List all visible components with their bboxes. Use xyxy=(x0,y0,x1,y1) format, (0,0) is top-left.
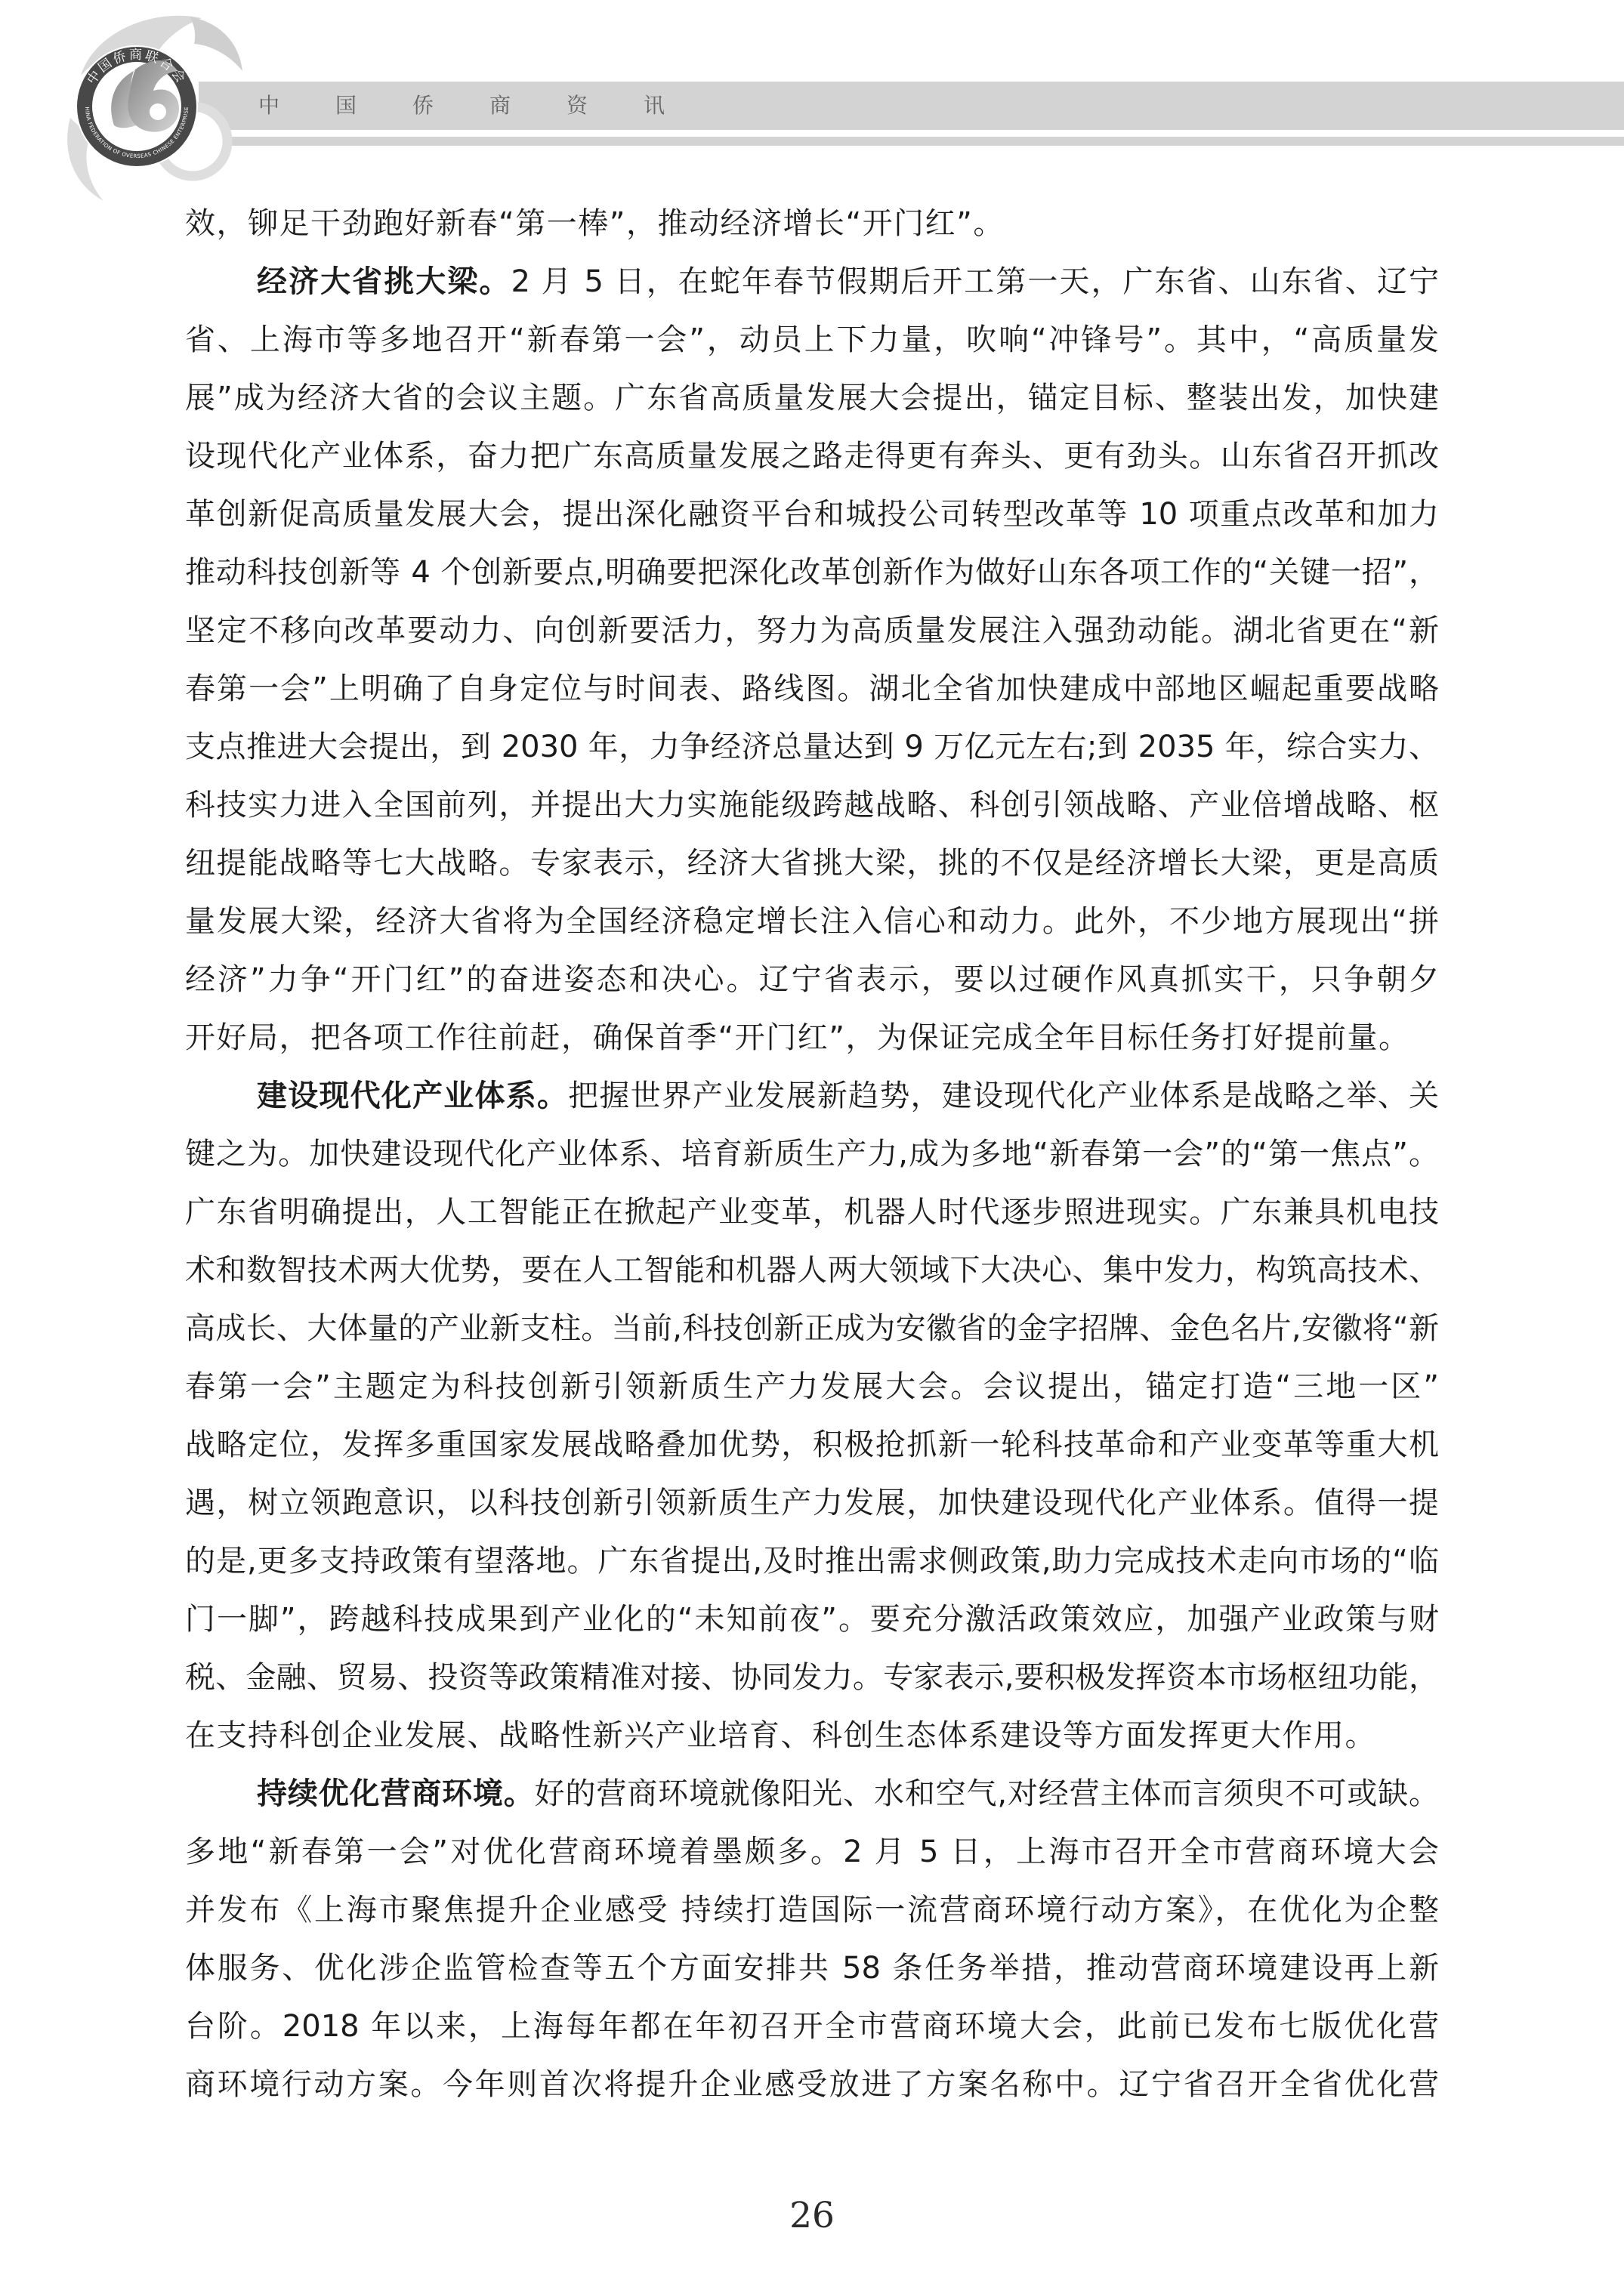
org-logo-graphic: 中国侨商联合会 CHINA FEDERATION OF OVERSEAS CHI… xyxy=(42,6,268,225)
line-text: 并发布《上海市聚焦提升企业感受 持续打造国际一流营商环境行动方案》，在优化为企整 xyxy=(185,1893,1439,1927)
line-text: 坚定不移向改革要动力、向创新要活力，努力为高质量发展注入强劲动能。湖北省更在“新 xyxy=(185,613,1439,648)
body-line: 支点推进大会提出，到 2030 年，力争经济总量达到 9 万亿元左右;到 203… xyxy=(185,718,1439,776)
body-line: 推动科技创新等 4 个创新要点,明确要把深化改革创新作为做好山东各项工作的“关键… xyxy=(185,544,1439,602)
body-line: 开好局，把各项工作往前赶，确保首季“开门红”，为保证完成全年目标任务打好提前量。 xyxy=(185,1009,1439,1067)
body-line: 税、金融、贸易、投资等政策精准对接、协同发力。专家表示,要积极发挥资本市场枢纽功… xyxy=(185,1649,1439,1707)
body-line: 术和数智技术两大优势，要在人工智能和机器人两大领域下大决心、集中发力，构筑高技术… xyxy=(185,1242,1439,1300)
body-line: 坚定不移向改革要动力、向创新要活力，努力为高质量发展注入强劲动能。湖北省更在“新 xyxy=(185,602,1439,660)
body-line: 门一脚”，跨越科技成果到产业化的“未知前夜”。要充分激活政策效应，加强产业政策与… xyxy=(185,1591,1439,1649)
line-text: 纽提能战略等七大战略。专家表示，经济大省挑大梁，挑的不仅是经济增长大梁，更是高质 xyxy=(185,846,1439,881)
line-text: 经济”力争“开门红”的奋进姿态和决心。辽宁省表示，要以过硬作风真抓实干，只争朝夕 xyxy=(185,962,1439,997)
line-text: 税、金融、贸易、投资等政策精准对接、协同发力。专家表示,要积极发挥资本市场枢纽功… xyxy=(185,1660,1439,1695)
line-text: 革创新促高质量发展大会，提出深化融资平台和城投公司转型改革等 10 项重点改革和… xyxy=(185,497,1439,532)
body-line: 展”成为经济大省的会议主题。广东省高质量发展大会提出，锚定目标、整装出发，加快建 xyxy=(185,369,1439,427)
line-text: 在支持科创企业发展、战略性新兴产业培育、科创生态体系建设等方面发挥更大作用。 xyxy=(185,1718,1376,1753)
paragraph-lead: 建设现代化产业体系。 xyxy=(257,1079,568,1113)
body-line: 纽提能战略等七大战略。专家表示，经济大省挑大梁，挑的不仅是经济增长大梁，更是高质 xyxy=(185,835,1439,893)
line-text: 设现代化产业体系，奋力把广东高质量发展之路走得更有奔头、更有劲头。山东省召开抓改 xyxy=(185,439,1439,474)
line-text: 把握世界产业发展新趋势，建设现代化产业体系是战略之举、关 xyxy=(568,1079,1439,1113)
page-number: 26 xyxy=(0,2195,1624,2236)
line-text: 门一脚”，跨越科技成果到产业化的“未知前夜”。要充分激活政策效应，加强产业政策与… xyxy=(185,1602,1439,1637)
body-line: 科技实力进入全国前列，并提出大力实施能级跨越战略、科创引领战略、产业倍增战略、枢 xyxy=(185,776,1439,835)
paragraph-lead: 持续优化营商环境。 xyxy=(257,1776,535,1811)
header-stripe xyxy=(199,137,1624,146)
body-line: 的是,更多支持政策有望落地。广东省提出,及时推出需求侧政策,助力完成技术走向市场… xyxy=(185,1532,1439,1591)
body-line: 商环境行动方案。今年则首次将提升企业感受放进了方案名称中。辽宁省召开全省优化营 xyxy=(185,2056,1439,2114)
org-logo: 中国侨商联合会 CHINA FEDERATION OF OVERSEAS CHI… xyxy=(42,6,268,225)
body-line: 并发布《上海市聚焦提升企业感受 持续打造国际一流营商环境行动方案》，在优化为企整 xyxy=(185,1881,1439,1940)
line-text: 商环境行动方案。今年则首次将提升企业感受放进了方案名称中。辽宁省召开全省优化营 xyxy=(185,2067,1439,2102)
logo-swoosh-right xyxy=(190,17,242,71)
line-text: 多地“新春第一会”对优化营商环境着墨颇多。2 月 5 日，上海市召开全市营商环境… xyxy=(185,1835,1439,1869)
body-line: 效，铆足干劲跑好新春“第一棒”，推动经济增长“开门红”。 xyxy=(185,195,1439,253)
line-text: 支点推进大会提出，到 2030 年，力争经济总量达到 9 万亿元左右;到 203… xyxy=(185,730,1439,764)
body-line: 革创新促高质量发展大会，提出深化融资平台和城投公司转型改革等 10 项重点改革和… xyxy=(185,486,1439,544)
header-title: 中国侨商资讯 xyxy=(258,82,721,130)
body-line: 量发展大梁，经济大省将为全国经济稳定增长注入信心和动力。此外，不少地方展现出“拼 xyxy=(185,893,1439,951)
line-text: 遇，树立领跑意识，以科技创新引领新质生产力发展，加快建设现代化产业体系。值得一提 xyxy=(185,1486,1439,1520)
line-text: 效，铆足干劲跑好新春“第一棒”，推动经济增长“开门红”。 xyxy=(185,206,1005,241)
line-text: 广东省明确提出，人工智能正在掀起产业变革，机器人时代逐步照进现实。广东兼具机电技 xyxy=(185,1195,1439,1230)
line-text: 开好局，把各项工作往前赶，确保首季“开门红”，为保证完成全年目标任务打好提前量。 xyxy=(185,1020,1409,1055)
line-text: 春第一会”上明确了自身定位与时间表、路线图。湖北全省加快建成中部地区崛起重要战略 xyxy=(185,671,1439,706)
body-line: 设现代化产业体系，奋力把广东高质量发展之路走得更有奔头、更有劲头。山东省召开抓改 xyxy=(185,427,1439,486)
line-text: 2 月 5 日，在蛇年春节假期后开工第一天，广东省、山东省、辽宁 xyxy=(511,264,1439,299)
body-line: 经济”力争“开门红”的奋进姿态和决心。辽宁省表示，要以过硬作风真抓实干，只争朝夕 xyxy=(185,951,1439,1009)
line-text: 推动科技创新等 4 个创新要点,明确要把深化改革创新作为做好山东各项工作的“关键… xyxy=(185,555,1439,590)
body-line: 持续优化营商环境。好的营商环境就像阳光、水和空气,对经营主体而言须臾不可或缺。 xyxy=(185,1765,1439,1823)
body-line: 多地“新春第一会”对优化营商环境着墨颇多。2 月 5 日，上海市召开全市营商环境… xyxy=(185,1823,1439,1881)
body-line: 在支持科创企业发展、战略性新兴产业培育、科创生态体系建设等方面发挥更大作用。 xyxy=(185,1707,1439,1765)
line-text: 键之为。加快建设现代化产业体系、培育新质生产力,成为多地“新春第一会”的“第一焦… xyxy=(185,1137,1439,1171)
line-text: 高成长、大体量的产业新支柱。当前,科技创新正成为安徽省的金字招牌、金色名片,安徽… xyxy=(185,1311,1439,1346)
body-line: 广东省明确提出，人工智能正在掀起产业变革，机器人时代逐步照进现实。广东兼具机电技 xyxy=(185,1184,1439,1242)
body-line: 建设现代化产业体系。把握世界产业发展新趋势，建设现代化产业体系是战略之举、关 xyxy=(185,1067,1439,1125)
line-text: 好的营商环境就像阳光、水和空气,对经营主体而言须臾不可或缺。 xyxy=(535,1776,1439,1811)
line-text: 台阶。2018 年以来，上海每年都在年初召开全市营商环境大会，此前已发布七版优化… xyxy=(185,2009,1439,2044)
line-text: 战略定位，发挥多重国家发展战略叠加优势，积极抢抓新一轮科技革命和产业变革等重大机 xyxy=(185,1427,1439,1462)
body-line: 台阶。2018 年以来，上海每年都在年初召开全市营商环境大会，此前已发布七版优化… xyxy=(185,1998,1439,2056)
body-line: 遇，树立领跑意识，以科技创新引领新质生产力发展，加快建设现代化产业体系。值得一提 xyxy=(185,1474,1439,1532)
line-text: 术和数智技术两大优势，要在人工智能和机器人两大领域下大决心、集中发力，构筑高技术… xyxy=(185,1253,1439,1288)
article-body: 效，铆足干劲跑好新春“第一棒”，推动经济增长“开门红”。经济大省挑大梁。2 月 … xyxy=(185,195,1439,2114)
paragraph-lead: 经济大省挑大梁。 xyxy=(257,264,511,299)
line-text: 省、上海市等多地召开“新春第一会”，动员上下力量，吹响“冲锋号”。其中，“高质量… xyxy=(185,323,1439,357)
line-text: 的是,更多支持政策有望落地。广东省提出,及时推出需求侧政策,助力完成技术走向市场… xyxy=(185,1544,1439,1579)
line-text: 量发展大梁，经济大省将为全国经济稳定增长注入信心和动力。此外，不少地方展现出“拼 xyxy=(185,904,1439,939)
body-line: 春第一会”上明确了自身定位与时间表、路线图。湖北全省加快建成中部地区崛起重要战略 xyxy=(185,660,1439,718)
body-line: 战略定位，发挥多重国家发展战略叠加优势，积极抢抓新一轮科技革命和产业变革等重大机 xyxy=(185,1416,1439,1474)
line-text: 体服务、优化涉企监管检查等五个方面安排共 58 条任务举措，推动营商环境建设再上… xyxy=(185,1951,1439,1986)
body-line: 键之为。加快建设现代化产业体系、培育新质生产力,成为多地“新春第一会”的“第一焦… xyxy=(185,1125,1439,1184)
page: 中国侨商资讯 xyxy=(0,0,1624,2293)
line-text: 展”成为经济大省的会议主题。广东省高质量发展大会提出，锚定目标、整装出发，加快建 xyxy=(185,381,1439,415)
line-text: 春第一会”主题定为科技创新引领新质生产力发展大会。会议提出，锚定打造“三地一区” xyxy=(185,1369,1439,1404)
body-line: 经济大省挑大梁。2 月 5 日，在蛇年春节假期后开工第一天，广东省、山东省、辽宁 xyxy=(185,253,1439,311)
body-line: 省、上海市等多地召开“新春第一会”，动员上下力量，吹响“冲锋号”。其中，“高质量… xyxy=(185,311,1439,369)
body-line: 高成长、大体量的产业新支柱。当前,科技创新正成为安徽省的金字招牌、金色名片,安徽… xyxy=(185,1300,1439,1358)
body-line: 春第一会”主题定为科技创新引领新质生产力发展大会。会议提出，锚定打造“三地一区” xyxy=(185,1358,1439,1416)
body-line: 体服务、优化涉企监管检查等五个方面安排共 58 条任务举措，推动营商环境建设再上… xyxy=(185,1940,1439,1998)
line-text: 科技实力进入全国前列，并提出大力实施能级跨越战略、科创引领战略、产业倍增战略、枢 xyxy=(185,788,1439,822)
